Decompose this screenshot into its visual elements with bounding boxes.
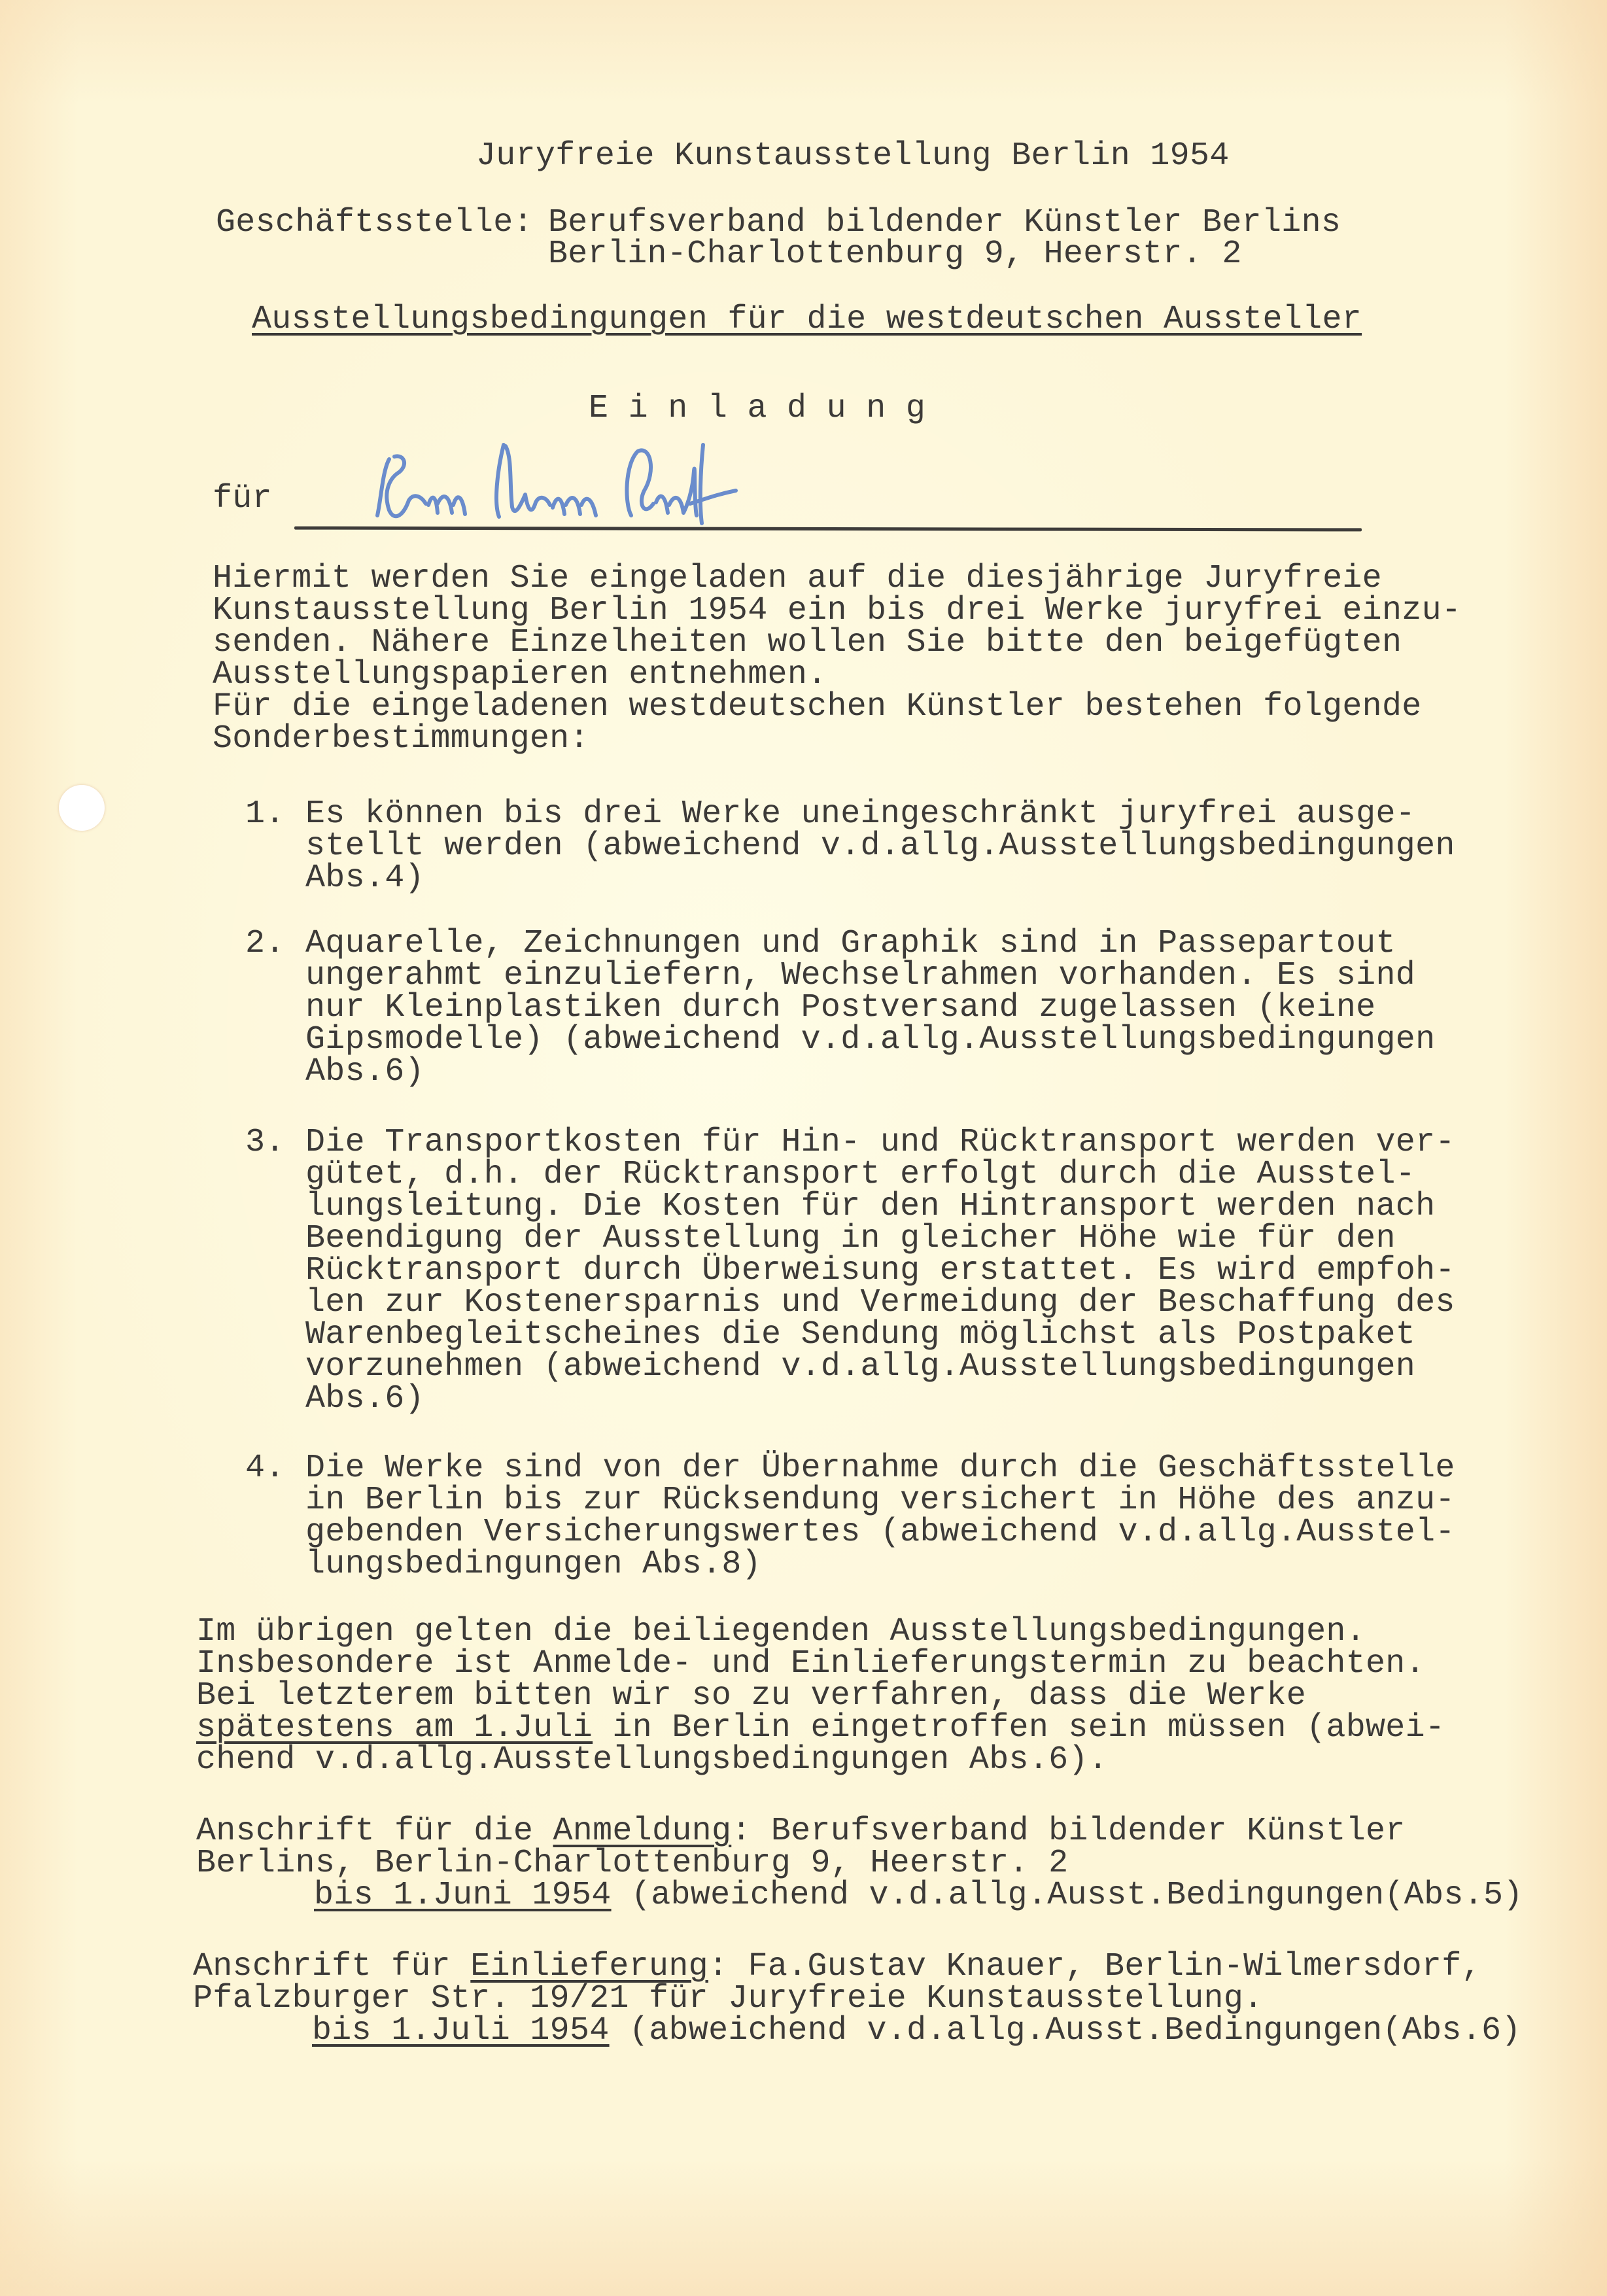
punch-hole — [59, 785, 105, 831]
registration-line-1: Anschrift für die Anmeldung: Berufsverba… — [196, 1815, 1406, 1847]
subtitle: Ausstellungsbedingungen für die westdeut… — [252, 304, 1362, 336]
handwritten-signature: Herrn Werner Arndt — [363, 432, 1017, 530]
office-line-2: Berlin-Charlottenburg 9, Heerstr. 2 — [548, 238, 1242, 270]
registration-deadline-line: bis 1.Juni 1954 (abweichend v.d.allg.Aus… — [314, 1879, 1523, 1911]
item-line: Warenbegleitscheines die Sendung möglich… — [305, 1319, 1415, 1351]
intro-line: Hiermit werden Sie eingeladen auf die di… — [213, 563, 1382, 595]
item-line: Die Werke sind von der Übernahme durch d… — [305, 1452, 1455, 1484]
item-line: gebenden Versicherungswertes (abweichend… — [305, 1516, 1455, 1548]
item-line: Abs.6) — [305, 1056, 424, 1088]
closing-line: Insbesondere ist Anmelde- und Einlieferu… — [196, 1648, 1425, 1680]
invitation-heading: E i n l a d u n g — [589, 392, 925, 425]
item-line: len zur Kostenersparnis und Vermeidung d… — [305, 1287, 1455, 1319]
item-line: ungerahmt einzuliefern, Wechselrahmen vo… — [305, 960, 1415, 992]
closing-line-deadline: spätestens am 1.Juli in Berlin eingetrof… — [196, 1712, 1445, 1744]
item-line: Es können bis drei Werke uneingeschränkt… — [305, 798, 1415, 830]
registration-deadline: bis 1.Juni 1954 — [314, 1877, 612, 1914]
delivery-deadline-note: (abweichend v.d.allg.Ausst.Bedingungen(A… — [610, 2012, 1521, 2049]
intro-line: Für die eingeladenen westdeutschen Künst… — [213, 691, 1422, 723]
item-line: in Berlin bis zur Rücksendung versichert… — [305, 1484, 1455, 1516]
item-number: 3. — [245, 1126, 285, 1158]
recipient-label: für — [213, 483, 272, 515]
delivery-line-2: Pfalzburger Str. 19/21 für Juryfreie Kun… — [193, 1983, 1263, 2015]
item-number: 4. — [245, 1452, 285, 1484]
registration-line-2: Berlins, Berlin-Charlottenburg 9, Heerst… — [196, 1847, 1068, 1879]
item-line: Die Transportkosten für Hin- und Rücktra… — [305, 1126, 1455, 1158]
delivery-deadline: bis 1.Juli 1954 — [312, 2012, 610, 2049]
item-line: Abs.6) — [305, 1383, 424, 1415]
item-line: gütet, d.h. der Rücktransport erfolgt du… — [305, 1158, 1415, 1191]
item-number: 1. — [245, 798, 285, 830]
intro-line: Sonderbestimmungen: — [213, 723, 589, 755]
closing-line: Im übrigen gelten die beiliegenden Ausst… — [196, 1616, 1366, 1648]
intro-line: Ausstellungspapieren entnehmen. — [213, 659, 827, 691]
item-line: nur Kleinplastiken durch Postversand zug… — [305, 992, 1375, 1024]
document-title: Juryfreie Kunstausstellung Berlin 1954 — [476, 140, 1230, 172]
item-line: vorzunehmen (abweichend v.d.allg.Ausstel… — [305, 1351, 1415, 1383]
item-line: Rücktransport durch Überweisung erstatte… — [305, 1255, 1455, 1287]
delivery-line-1: Anschrift für Einlieferung: Fa.Gustav Kn… — [193, 1951, 1481, 1983]
item-line: Abs.4) — [305, 862, 424, 894]
item-line: lungsbedingungen Abs.8) — [305, 1548, 761, 1580]
registration-deadline-note: (abweichend v.d.allg.Ausst.Bedingungen(A… — [612, 1877, 1523, 1914]
delivery-deadline-line: bis 1.Juli 1954 (abweichend v.d.allg.Aus… — [312, 2015, 1521, 2047]
intro-line: Kunstausstellung Berlin 1954 ein bis dre… — [213, 595, 1461, 627]
office-label: Geschäftsstelle: — [216, 207, 533, 239]
item-line: Gipsmodelle) (abweichend v.d.allg.Ausste… — [305, 1024, 1435, 1056]
intro-line: senden. Nähere Einzelheiten wollen Sie b… — [213, 627, 1402, 659]
office-line-1: Berufsverband bildender Künstler Berlins — [548, 207, 1341, 239]
item-line: Aquarelle, Zeichnungen und Graphik sind … — [305, 928, 1396, 960]
closing-line: chend v.d.allg.Ausstellungsbedingungen A… — [196, 1744, 1108, 1776]
item-line: lungsleitung. Die Kosten für den Hintran… — [305, 1191, 1435, 1223]
item-line: Beendigung der Ausstellung in gleicher H… — [305, 1223, 1396, 1255]
closing-line: Bei letzterem bitten wir so zu verfahren… — [196, 1680, 1306, 1712]
item-number: 2. — [245, 928, 285, 960]
item-line: stellt werden (abweichend v.d.allg.Ausst… — [305, 830, 1455, 862]
